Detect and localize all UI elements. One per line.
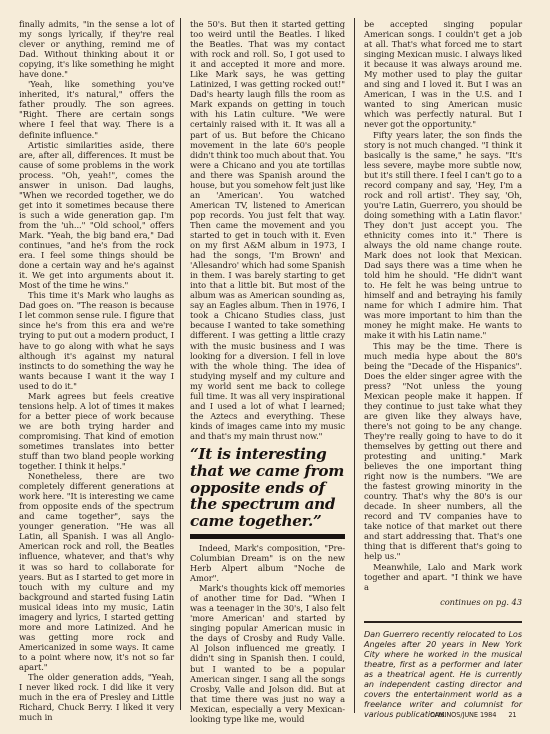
paragraph: Nonetheless, there are two completely di…	[19, 471, 174, 672]
column-divider-left	[180, 18, 181, 710]
publication-issue: CAMINOS/JUNE 1984	[430, 711, 496, 719]
page-footer: CAMINOS/JUNE 1984 21	[430, 711, 517, 719]
paragraph: This may be the time. There is much medi…	[364, 341, 522, 562]
paragraph: finally admits, "in the sense a lot of m…	[19, 19, 174, 79]
paragraph: the 50's. But then it started getting to…	[190, 19, 345, 441]
paragraph: Mark's thoughts kick off memories of ano…	[190, 583, 345, 724]
paragraph: 'Yeah, like something you've inherited, …	[19, 79, 174, 139]
continues-on-link: continues on pg. 43	[364, 597, 522, 607]
paragraph: Meanwhile, Lalo and Mark work together a…	[364, 562, 522, 592]
paragraph: Indeed, Mark's composition, "Pre-Columbi…	[190, 543, 345, 583]
bio-divider	[364, 621, 522, 623]
paragraph: The older generation adds, "Yeah, I neve…	[19, 672, 174, 722]
pull-quote: “It is interesting that we came from opp…	[190, 446, 345, 530]
page-number: 21	[508, 711, 516, 719]
pull-quote-rule	[190, 534, 345, 539]
article-column-1: finally admits, "in the sense a lot of m…	[19, 19, 174, 722]
paragraph: Fifty years later, the son finds the sto…	[364, 130, 522, 341]
paragraph: Artistic similarities aside, there are, …	[19, 140, 174, 291]
magazine-page: finally admits, "in the sense a lot of m…	[0, 0, 550, 734]
paragraph: Mark agrees but feels creative tensions …	[19, 391, 174, 471]
author-bio: Dan Guerrero recently relocated to Los A…	[364, 629, 522, 720]
article-column-3: be accepted singing popular American son…	[364, 19, 522, 720]
article-column-2: the 50's. But then it started getting to…	[190, 19, 345, 724]
column-divider-right	[354, 18, 355, 713]
paragraph: This time it's Mark who laughs as Dad go…	[19, 290, 174, 390]
paragraph: be accepted singing popular American son…	[364, 19, 522, 130]
